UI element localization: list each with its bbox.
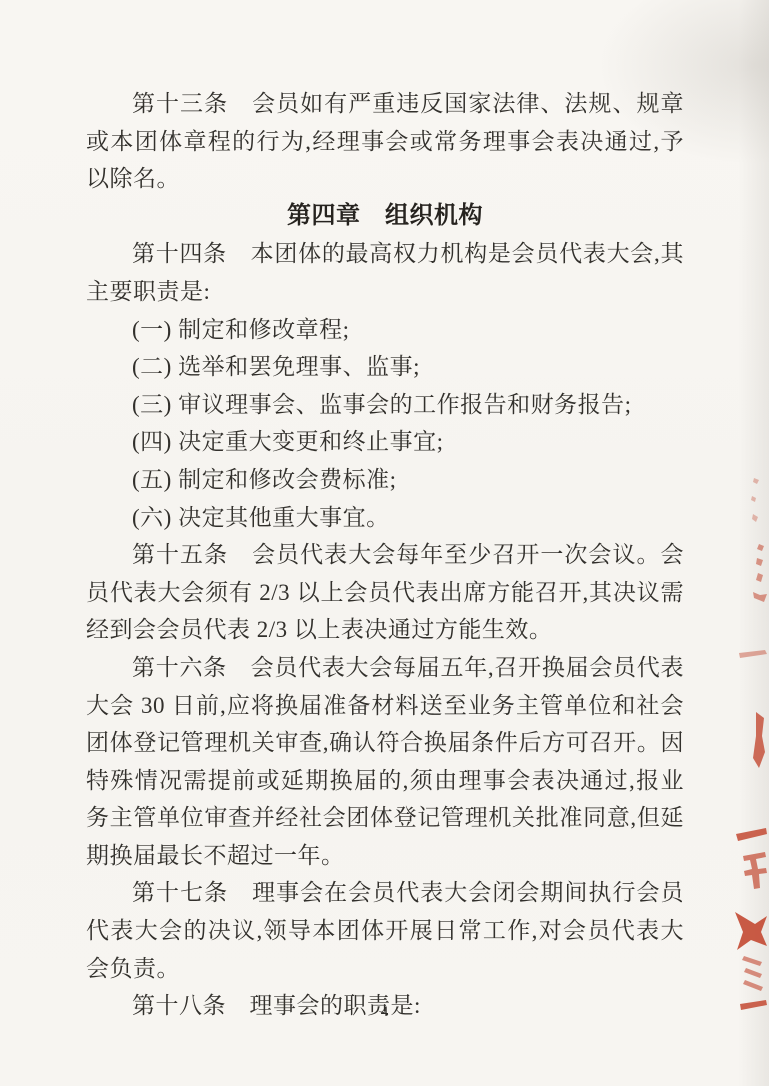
page-number: 4	[0, 1004, 769, 1021]
article-13-paragraph: 第十三条 会员如有严重违反国家法律、法规、规章或本团体章程的行为,经理事会或常务…	[86, 85, 684, 198]
article-14-paragraph: 第十四条 本团体的最高权力机构是会员代表大会,其主要职责是:	[86, 235, 684, 310]
red-stamp-stroke-icon	[747, 543, 768, 613]
red-stamp-star-icon	[733, 910, 769, 956]
duty-item-5: (五) 制定和修改会费标准;	[86, 461, 684, 499]
red-stamp-dash-icon	[734, 826, 769, 842]
red-stamp-stroke-icon	[747, 712, 769, 770]
red-stamp-speck-icon	[746, 476, 764, 532]
red-stamp-character-icon	[739, 850, 769, 892]
red-stamp-dash-icon	[738, 648, 769, 660]
duty-item-1: (一) 制定和修改章程;	[86, 311, 684, 349]
article-15-paragraph: 第十五条 会员代表大会每年至少召开一次会议。会员代表大会须有 2/3 以上会员代…	[86, 536, 684, 649]
page-content: 第十三条 会员如有严重违反国家法律、法规、规章或本团体章程的行为,经理事会或常务…	[86, 85, 684, 1025]
scanned-document-page: 第十三条 会员如有严重违反国家法律、法规、规章或本团体章程的行为,经理事会或常务…	[0, 0, 769, 1086]
duty-item-6: (六) 决定其他重大事宜。	[86, 499, 684, 537]
article-17-paragraph: 第十七条 理事会在会员代表大会闭会期间执行会员代表大会的决议,领导本团体开展日常…	[86, 874, 684, 987]
duty-item-2: (二) 选举和罢免理事、监事;	[86, 348, 684, 386]
chapter-4-heading: 第四章 组织机构	[86, 198, 684, 236]
red-stamp-hatch-icon	[740, 954, 768, 996]
duty-item-4: (四) 决定重大变更和终止事宜;	[86, 423, 684, 461]
duty-item-3: (三) 审议理事会、监事会的工作报告和财务报告;	[86, 386, 684, 424]
article-16-paragraph: 第十六条 会员代表大会每届五年,召开换届会员代表大会 30 日前,应将换届准备材…	[86, 649, 684, 875]
